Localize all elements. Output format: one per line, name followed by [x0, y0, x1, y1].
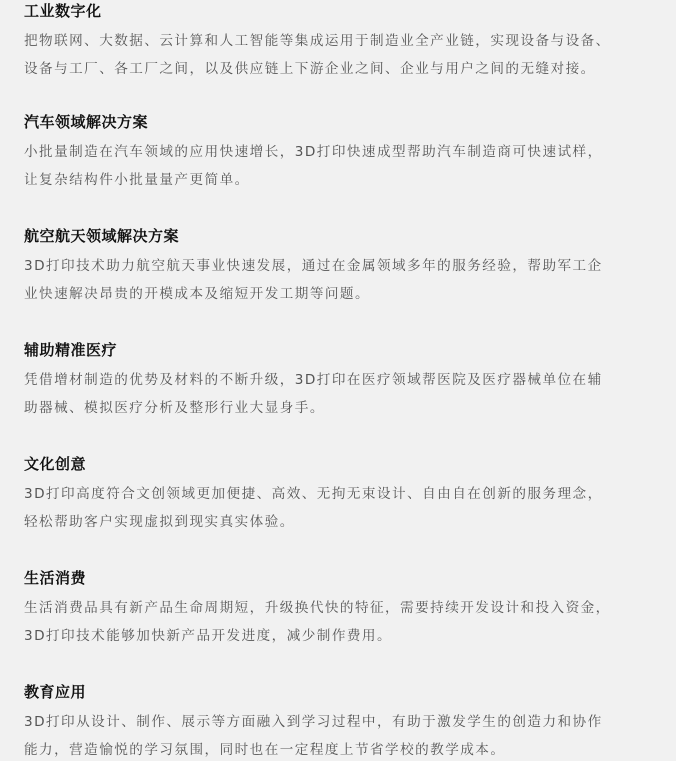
section-description: 小批量制造在汽车领域的应用快速增长，3D打印快速成型帮助汽车制造商可快速试样， … [24, 138, 664, 194]
section-heading: 生活消费 [24, 568, 664, 588]
description-line: 3D打印高度符合文创领域更加便捷、高效、无拘无束设计、自由自在创新的服务理念， [24, 480, 664, 508]
section-description: 把物联网、大数据、云计算和人工智能等集成运用于制造业全产业链，实现设备与设备、 … [24, 27, 664, 83]
section-cultural-creative: 文化创意 3D打印高度符合文创领域更加便捷、高效、无拘无束设计、自由自在创新的服… [24, 454, 664, 536]
section-heading: 汽车领域解决方案 [24, 112, 664, 132]
section-automotive: 汽车领域解决方案 小批量制造在汽车领域的应用快速增长，3D打印快速成型帮助汽车制… [24, 112, 664, 194]
section-consumer: 生活消费 生活消费品具有新产品生命周期短，升级换代快的特征，需要持续开发设计和投… [24, 568, 664, 650]
section-heading: 辅助精准医疗 [24, 340, 664, 360]
section-heading: 文化创意 [24, 454, 664, 474]
description-line: 小批量制造在汽车领域的应用快速增长，3D打印快速成型帮助汽车制造商可快速试样， [24, 138, 664, 166]
description-line: 凭借增材制造的优势及材料的不断升级，3D打印在医疗领域帮医院及医疗器械单位在辅 [24, 366, 664, 394]
section-heading: 教育应用 [24, 682, 664, 702]
description-line: 3D打印从设计、制作、展示等方面融入到学习过程中，有助于激发学生的创造力和协作 [24, 708, 664, 736]
section-description: 3D打印高度符合文创领域更加便捷、高效、无拘无束设计、自由自在创新的服务理念， … [24, 480, 664, 536]
section-heading: 工业数字化 [24, 1, 664, 21]
section-description: 3D打印从设计、制作、展示等方面融入到学习过程中，有助于激发学生的创造力和协作 … [24, 708, 664, 764]
section-medical: 辅助精准医疗 凭借增材制造的优势及材料的不断升级，3D打印在医疗领域帮医院及医疗… [24, 340, 664, 422]
description-line: 能力，营造愉悦的学习氛围，同时也在一定程度上节省学校的教学成本。 [24, 736, 664, 764]
section-heading: 航空航天领域解决方案 [24, 226, 664, 246]
description-line: 轻松帮助客户实现虚拟到现实真实体验。 [24, 508, 664, 536]
description-line: 业快速解决昂贵的开模成本及缩短开发工期等问题。 [24, 280, 664, 308]
description-line: 让复杂结构件小批量量产更简单。 [24, 166, 664, 194]
section-industrial-digitalization: 工业数字化 把物联网、大数据、云计算和人工智能等集成运用于制造业全产业链，实现设… [24, 1, 664, 83]
description-line: 生活消费品具有新产品生命周期短，升级换代快的特征，需要持续开发设计和投入资金， [24, 594, 664, 622]
description-line: 3D打印技术能够加快新产品开发进度，减少制作费用。 [24, 622, 664, 650]
description-line: 3D打印技术助力航空航天事业快速发展，通过在金属领域多年的服务经验，帮助军工企 [24, 252, 664, 280]
description-line: 把物联网、大数据、云计算和人工智能等集成运用于制造业全产业链，实现设备与设备、 [24, 27, 664, 55]
section-description: 凭借增材制造的优势及材料的不断升级，3D打印在医疗领域帮医院及医疗器械单位在辅 … [24, 366, 664, 422]
description-line: 设备与工厂、各工厂之间，以及供应链上下游企业之间、企业与用户之间的无缝对接。 [24, 55, 664, 83]
section-education: 教育应用 3D打印从设计、制作、展示等方面融入到学习过程中，有助于激发学生的创造… [24, 682, 664, 764]
description-line: 助器械、模拟医疗分析及整形行业大显身手。 [24, 394, 664, 422]
section-aerospace: 航空航天领域解决方案 3D打印技术助力航空航天事业快速发展，通过在金属领域多年的… [24, 226, 664, 308]
application-fields-page: 工业数字化 把物联网、大数据、云计算和人工智能等集成运用于制造业全产业链，实现设… [0, 0, 676, 761]
section-description: 生活消费品具有新产品生命周期短，升级换代快的特征，需要持续开发设计和投入资金， … [24, 594, 664, 650]
section-description: 3D打印技术助力航空航天事业快速发展，通过在金属领域多年的服务经验，帮助军工企 … [24, 252, 664, 308]
